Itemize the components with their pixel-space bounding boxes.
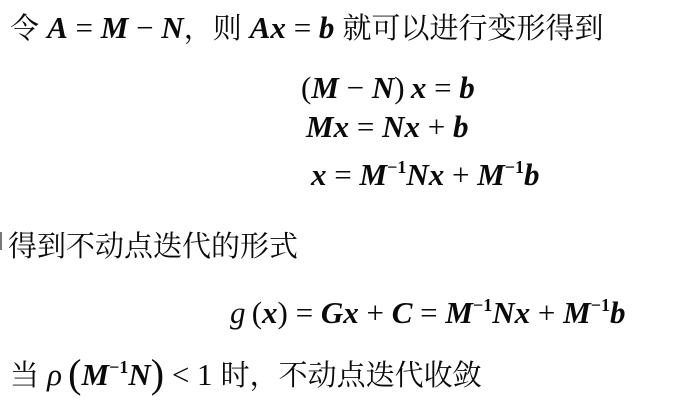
text-segment: N <box>128 357 150 392</box>
text-segment: = <box>327 157 360 192</box>
text-segment: b <box>319 10 335 45</box>
text-segment: 时，不动点迭代收敛 <box>213 360 482 392</box>
text-segment: = <box>68 10 101 45</box>
text-segment: M <box>477 157 505 192</box>
text-segment: Nx <box>382 109 420 144</box>
text-segment: b <box>610 295 626 330</box>
text-segment: −1 <box>387 157 406 177</box>
text-segment: −1 <box>505 157 524 177</box>
text-segment: − <box>339 70 372 105</box>
text-segment: 令 <box>10 13 47 45</box>
text-segment: M <box>101 10 129 45</box>
text-segment: M <box>563 295 591 330</box>
text-segment: N <box>372 70 394 105</box>
text-segment: A <box>47 10 68 45</box>
text-segment: ) <box>151 351 164 396</box>
text-segment: b <box>459 70 475 105</box>
text-segment: ) <box>394 70 411 105</box>
text-segment: Gx <box>321 295 359 330</box>
text-segment: = <box>412 295 445 330</box>
text-segment: + <box>444 157 477 192</box>
text-segment: ( <box>301 70 311 105</box>
fixed-point-text-line: 得到不动点迭代的形式 <box>8 230 298 265</box>
intro-text-line: 令 A = M − N，则 Ax = b 就可以进行变形得到 <box>10 9 603 47</box>
text-segment: 就可以进行变形得到 <box>334 13 603 45</box>
document-page: 令 A = M − N，则 Ax = b 就可以进行变形得到 (M − N) x… <box>0 0 686 409</box>
text-segment: ) = <box>278 295 321 330</box>
text-segment: −1 <box>473 295 492 315</box>
text-segment: = <box>286 10 319 45</box>
text-segment: ，则 <box>184 13 250 45</box>
text-segment: ( <box>246 295 263 330</box>
text-segment: 当 <box>10 360 47 392</box>
text-segment: M <box>359 157 387 192</box>
text-segment: g <box>230 295 246 330</box>
text-segment: −1 <box>109 357 128 377</box>
text-segment: + <box>420 109 453 144</box>
text-segment: b <box>453 109 469 144</box>
text-segment: + <box>530 295 563 330</box>
text-segment: −1 <box>591 295 610 315</box>
left-edge-artifact <box>0 232 2 250</box>
text-segment: 得到不动点迭代的形式 <box>8 231 298 263</box>
text-segment: M <box>445 295 473 330</box>
text-segment: C <box>392 295 413 330</box>
text-segment: N <box>161 10 183 45</box>
text-segment: Ax <box>250 10 286 45</box>
text-segment: x <box>311 157 327 192</box>
text-segment: b <box>524 157 540 192</box>
convergence-text-line: 当 ρ (M−1N) < 1 时，不动点迭代收敛 <box>10 356 482 394</box>
text-segment: ( <box>68 351 81 396</box>
text-segment: = <box>349 109 382 144</box>
text-segment: − <box>128 10 161 45</box>
text-segment: ρ <box>47 357 62 392</box>
equation-x-fixed-point-form: x = M−1Nx + M−1b <box>311 156 540 193</box>
text-segment: M <box>82 357 110 392</box>
equation-m-minus-n-x-equals-b: (M − N) x = b <box>301 69 475 106</box>
text-segment: Mx <box>306 109 349 144</box>
equation-mx-equals-nx-plus-b: Mx = Nx + b <box>306 108 468 145</box>
equation-iteration-function: g (x) = Gx + C = M−1Nx + M−1b <box>230 294 625 331</box>
text-segment: < 1 <box>164 357 212 392</box>
text-segment: x <box>411 70 427 105</box>
text-segment: + <box>359 295 392 330</box>
text-segment: M <box>311 70 339 105</box>
text-segment: Nx <box>406 157 444 192</box>
text-segment: = <box>426 70 459 105</box>
text-segment: Nx <box>492 295 530 330</box>
text-segment: x <box>262 295 278 330</box>
